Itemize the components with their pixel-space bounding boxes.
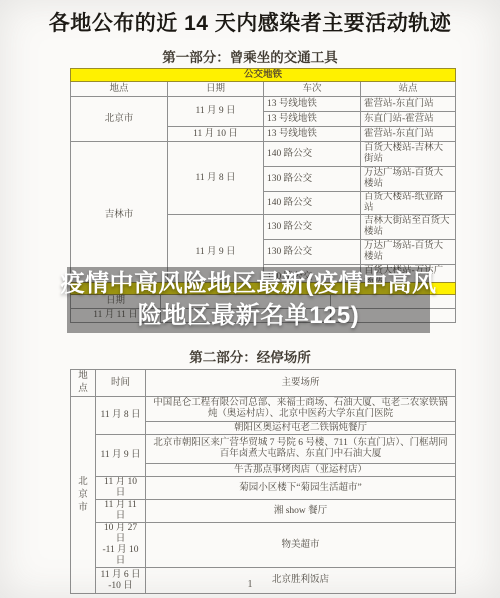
route-cell: 130 路公交 xyxy=(264,215,361,240)
place-cell: 北京市朝阳区来广营华贸城 7 号院 6 号楼、711（东直门店）、门框胡同百年卤… xyxy=(146,435,456,464)
date-cell: 11 月 9 日 xyxy=(168,97,264,127)
route-cell: 130 路公交 xyxy=(264,240,361,265)
col-header-station: 站点 xyxy=(361,82,456,97)
watermark-caption-overlay: 疫情中高风险地区最新(疫情中高风 险地区最新名单125) xyxy=(67,267,430,333)
station-cell: 百货大楼站-纸业路站 xyxy=(361,192,456,215)
route-cell: 130 路公交 xyxy=(264,167,361,192)
route-cell: 13 号线地铁 xyxy=(264,112,361,127)
station-cell: 万达广场站-百货大楼站 xyxy=(361,240,456,265)
route-cell: 13 号线地铁 xyxy=(264,127,361,142)
place-cell: 中国昆仑工程有限公司总部、来福士商场、石油大厦、屯老二农家铁锅炖（奥运村店）、北… xyxy=(146,397,456,422)
station-cell: 霍营站-东直门站 xyxy=(361,97,456,112)
place-cell: 湘 show 餐厅 xyxy=(146,500,456,523)
col-header-time: 时间 xyxy=(96,370,146,397)
col-header-location-label: 地点 xyxy=(78,370,89,396)
part2-heading: 第二部分：经停场所 xyxy=(0,346,500,366)
location-cell: 北京市 xyxy=(71,397,96,594)
caption-line-1: 疫情中高风险地区最新(疫情中高风 xyxy=(61,268,437,300)
station-cell: 万达广场站-百货大楼站 xyxy=(361,167,456,192)
col-header-place: 主要场所 xyxy=(146,370,456,397)
col-header-route: 车次 xyxy=(264,82,361,97)
time-cell: 10 月 27 日 -11 月 10 日 xyxy=(96,523,146,568)
time-cell: 11 月 11 日 xyxy=(96,500,146,523)
station-cell: 霍营站-东直门站 xyxy=(361,127,456,142)
location-vertical-label: 北京市 xyxy=(78,476,89,515)
place-cell: 朝阳区奥运村屯老二铁锅炖餐厅 xyxy=(146,422,456,435)
route-cell: 140 路公交 xyxy=(264,142,361,167)
date-cell: 11 月 10 日 xyxy=(168,127,264,142)
page-title: 各地公布的近 14 天内感染者主要活动轨迹 xyxy=(0,7,500,37)
places-table: 地点 时间 主要场所 北京市 11 月 8 日 中国昆仑工程有限公司总部、来福士… xyxy=(70,369,456,594)
time-cell: 11 月 9 日 xyxy=(96,435,146,477)
place-cell: 物美超市 xyxy=(146,523,456,568)
location-cell: 北京市 xyxy=(71,97,168,142)
time-cell: 11 月 10 日 xyxy=(96,477,146,500)
col-header-location: 地点 xyxy=(71,370,96,397)
place-cell: 菊园小区楼下“菊园生活超市” xyxy=(146,477,456,500)
part1-heading: 第一部分：曾乘坐的交通工具 xyxy=(0,46,500,66)
time-cell: 11 月 8 日 xyxy=(96,397,146,435)
caption-line-2: 险地区最新名单125) xyxy=(138,300,360,332)
page-number: 1 xyxy=(0,579,500,590)
station-cell: 东直门站-霍营站 xyxy=(361,112,456,127)
date-cell: 11 月 8 日 xyxy=(168,142,264,215)
route-cell: 13 号线地铁 xyxy=(264,97,361,112)
transport-table: 公交地铁 地点 日期 车次 站点 北京市 11 月 9 日 13 号线地铁 霍营… xyxy=(70,68,456,290)
place-cell: 牛舌那点事烤肉店（亚运村店） xyxy=(146,464,456,477)
station-cell: 吉林大街站至百货大楼站 xyxy=(361,215,456,240)
station-cell: 百货大楼站-吉林大街站 xyxy=(361,142,456,167)
section-bar-bus-metro: 公交地铁 xyxy=(71,69,456,82)
col-header-date: 日期 xyxy=(168,82,264,97)
col-header-location: 地点 xyxy=(71,82,168,97)
route-cell: 140 路公交 xyxy=(264,192,361,215)
